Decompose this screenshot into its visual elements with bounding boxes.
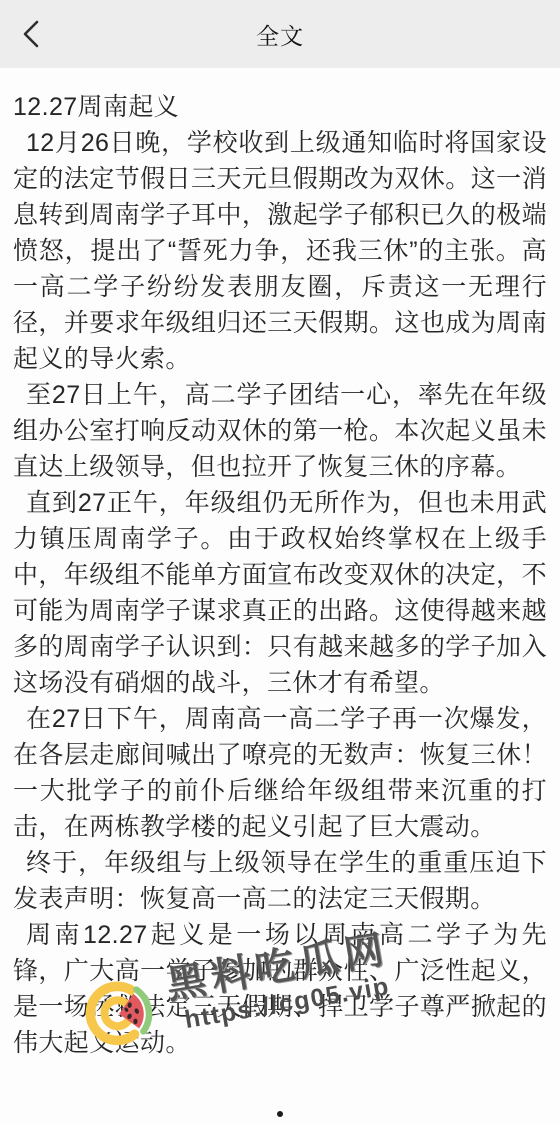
article-paragraph: 至27日上午，高二学子团结一心，率先在年级组办公室打响反动双休的第一枪。本次起义…: [13, 377, 547, 485]
navbar: 全文: [0, 0, 560, 68]
article-paragraph: 终于，年级组与上级领导在学生的重重压迫下发表声明：恢复高一高二的法定三天假期。: [13, 845, 547, 917]
page-indicator-dot: [277, 1111, 283, 1117]
page-title: 全文: [256, 18, 304, 51]
back-chevron-icon: [19, 19, 45, 49]
app-screen: 全文 12.27周南起义 12月26日晚，学校收到上级通知临时将国家设定的法定节…: [0, 0, 560, 1125]
back-button[interactable]: [10, 12, 54, 56]
article-title: 12.27周南起义: [13, 89, 547, 125]
article-paragraph: 周南12.27起义是一场以周南高二学子为先锋，广大高一学子参加的群众性、广泛性起…: [13, 917, 547, 1061]
article-body: 12.27周南起义 12月26日晚，学校收到上级通知临时将国家设定的法定节假日三…: [0, 68, 560, 1061]
article-paragraph: 12月26日晚，学校收到上级通知临时将国家设定的法定节假日三天元旦假期改为双休。…: [13, 125, 547, 377]
article-paragraph: 在27日下午，周南高一高二学子再一次爆发，在各层走廊间喊出了嘹亮的无数声：恢复三…: [13, 701, 547, 845]
article-paragraph: 直到27正午，年级组仍无所作为，但也未用武力镇压周南学子。由于政权始终掌权在上级…: [13, 485, 547, 701]
